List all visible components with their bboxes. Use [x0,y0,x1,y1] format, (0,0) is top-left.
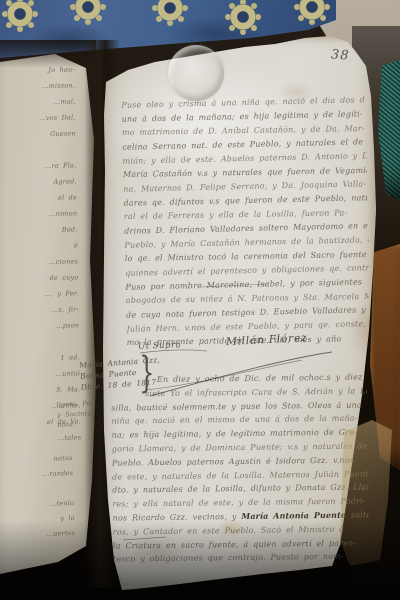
facing-page-text-fragment: Jo hau- [0,61,83,78]
inline-insertion-dark-ink: María Antonia Puente [241,510,346,521]
facing-page-text: Jo hau- ...misson, ...mal, ...vos Dal, G… [0,61,89,446]
facing-page-text-lower: notas ...randes ...tenla y la ...uertes [0,451,86,544]
manuscript-photo: Jo hau- ...misson, ...mal, ...vos Dal, G… [0,0,400,600]
facing-page-text-fragment: 1 ad. [2,349,88,366]
fabric-ring-motif [7,1,33,27]
baptism-entry-1: Puse oleo y crisma á una niña qe. nació … [121,93,371,350]
facing-page-text-fragment: de cuyo [0,269,86,286]
facing-page-text-fragment: ...vos Dal, [0,109,84,126]
facing-page-text-fragment: ...misson, [0,77,83,94]
facing-page-text-fragment: é [0,237,86,254]
facing-page-text-fragment: ...uertes [1,526,85,544]
facing-page-text-fragment: Bod. [0,221,86,238]
facing-page-text-fragment: S. Ma. [2,381,88,398]
margin-note-line: nota. [57,418,95,430]
entry-line-segment: nos Ricardo Gzz. vecinos, y [113,512,242,523]
facing-page-text-fragment: el de [0,189,85,206]
facing-page-text-fragment: ...untió [2,365,88,382]
fabric-ring-motif [230,4,256,30]
facing-page-text-fragment: ...randes [0,466,83,484]
facing-page-text-fragment [0,141,84,158]
facing-page-text-fragment: ..., y Fer. [1,285,87,302]
margin-note-line: y Sucinta [57,408,95,420]
facing-page-text-fragment: Gueson [0,125,84,142]
facing-page-text-fragment: ...nimon [0,205,85,222]
baptism-entry-2: En diez y ocho de Dic. de mil ochoc.s y … [111,370,369,566]
facing-page-text-fragment: ...tales [3,429,89,446]
embossed-seal-icon [168,45,224,101]
fabric-ring-motif [157,0,183,21]
page-number: 38 [330,47,350,63]
facing-page-text-fragment: ...pson [1,317,87,334]
fabric-ring-motif [299,0,325,20]
fabric-ring-motif [75,0,101,20]
facing-page-text-fragment: ...ciones [0,253,86,270]
facing-page-text-fragment [1,333,87,350]
margin-note-secondary: ligmo. Por y Sucinta nota. [56,398,95,430]
facing-page-text-fragment: ...s, fir- [1,301,87,318]
facing-page-text-fragment: ...mal, [0,93,83,110]
facing-page-text-fragment: Agred, [0,173,85,190]
facing-page-text-fragment: ...ra Fla, [0,157,85,174]
